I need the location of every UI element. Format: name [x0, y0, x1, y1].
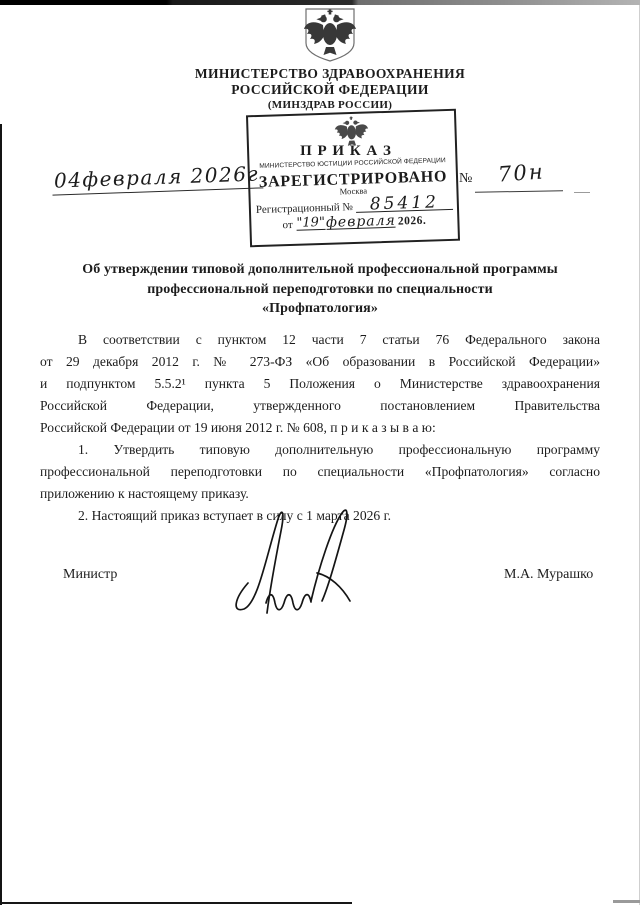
- document-page: МИНИСТЕРСТВО ЗДРАВООХРАНЕНИЯ РОССИЙСКОЙ …: [0, 0, 640, 905]
- ministry-short-name: (МИНЗДРАВ РОССИИ): [20, 99, 640, 111]
- order-body: В соответствии с пунктом 12 части 7 стат…: [40, 329, 600, 527]
- signer-position: Министр: [63, 567, 117, 583]
- ministry-name-line1: МИНИСТЕРСТВО ЗДРАВООХРАНЕНИЯ: [20, 66, 640, 82]
- handwritten-stamp-month: февраля: [326, 215, 396, 230]
- scan-edge-bottom-left: [0, 902, 352, 904]
- body-line: 1. Утвердить типовую дополнительную проф…: [40, 439, 600, 461]
- handwritten-registration-number: 85412: [356, 195, 453, 213]
- order-title-line: «Профпатология»: [40, 299, 600, 319]
- scan-edge-top: [0, 0, 640, 5]
- body-line: профессиональной переподготовки по специ…: [40, 461, 600, 483]
- handwritten-order-number: 70н: [497, 159, 545, 186]
- russia-coat-of-arms-icon: [295, 7, 365, 63]
- body-line: приложению к настоящему приказу.: [40, 483, 600, 505]
- body-line: от 29 декабря 2012 г. № 273-ФЗ «Об образ…: [40, 351, 600, 373]
- stamp-date-prefix: от: [282, 219, 293, 231]
- order-title-line: профессиональной переподготовки по специ…: [40, 280, 600, 300]
- ministry-name-line2: РОССИЙСКОЙ ФЕДЕРАЦИИ: [20, 82, 640, 98]
- order-number-underline-2: [574, 192, 590, 193]
- stamp-registration-date-line: от "19" февраля 2026.: [251, 213, 457, 232]
- order-number-underline: [475, 190, 563, 193]
- stamp-eagle-icon: [332, 114, 371, 147]
- order-title: Об утверждении типовой дополнительной пр…: [40, 260, 600, 319]
- handwritten-stamp-day: "19": [296, 217, 325, 231]
- minister-signature-autograph: [222, 505, 372, 623]
- signer-name: М.А. Мурашко: [504, 567, 593, 583]
- body-line: В соответствии с пунктом 12 части 7 стат…: [40, 329, 600, 351]
- body-line: Российской Федерации от 19 июня 2012 г. …: [40, 417, 600, 439]
- order-number-sign: №: [459, 171, 472, 187]
- handwritten-order-date: 04февраля 2026г: [52, 161, 264, 195]
- body-line: Российской Федерации, утвержденного пост…: [40, 395, 600, 417]
- justice-ministry-registration-stamp: МИНИСТЕРСТВО ЮСТИЦИИ РОССИЙСКОЙ ФЕДЕРАЦИ…: [246, 109, 460, 248]
- stamp-year: 2026.: [398, 215, 427, 228]
- scan-edge-left: [0, 124, 2, 905]
- order-title-line: Об утверждении типовой дополнительной пр…: [40, 260, 600, 280]
- body-line: и подпунктом 5.5.2¹ пункта 5 Положения о…: [40, 373, 600, 395]
- scan-edge-bottom-right: [613, 900, 640, 903]
